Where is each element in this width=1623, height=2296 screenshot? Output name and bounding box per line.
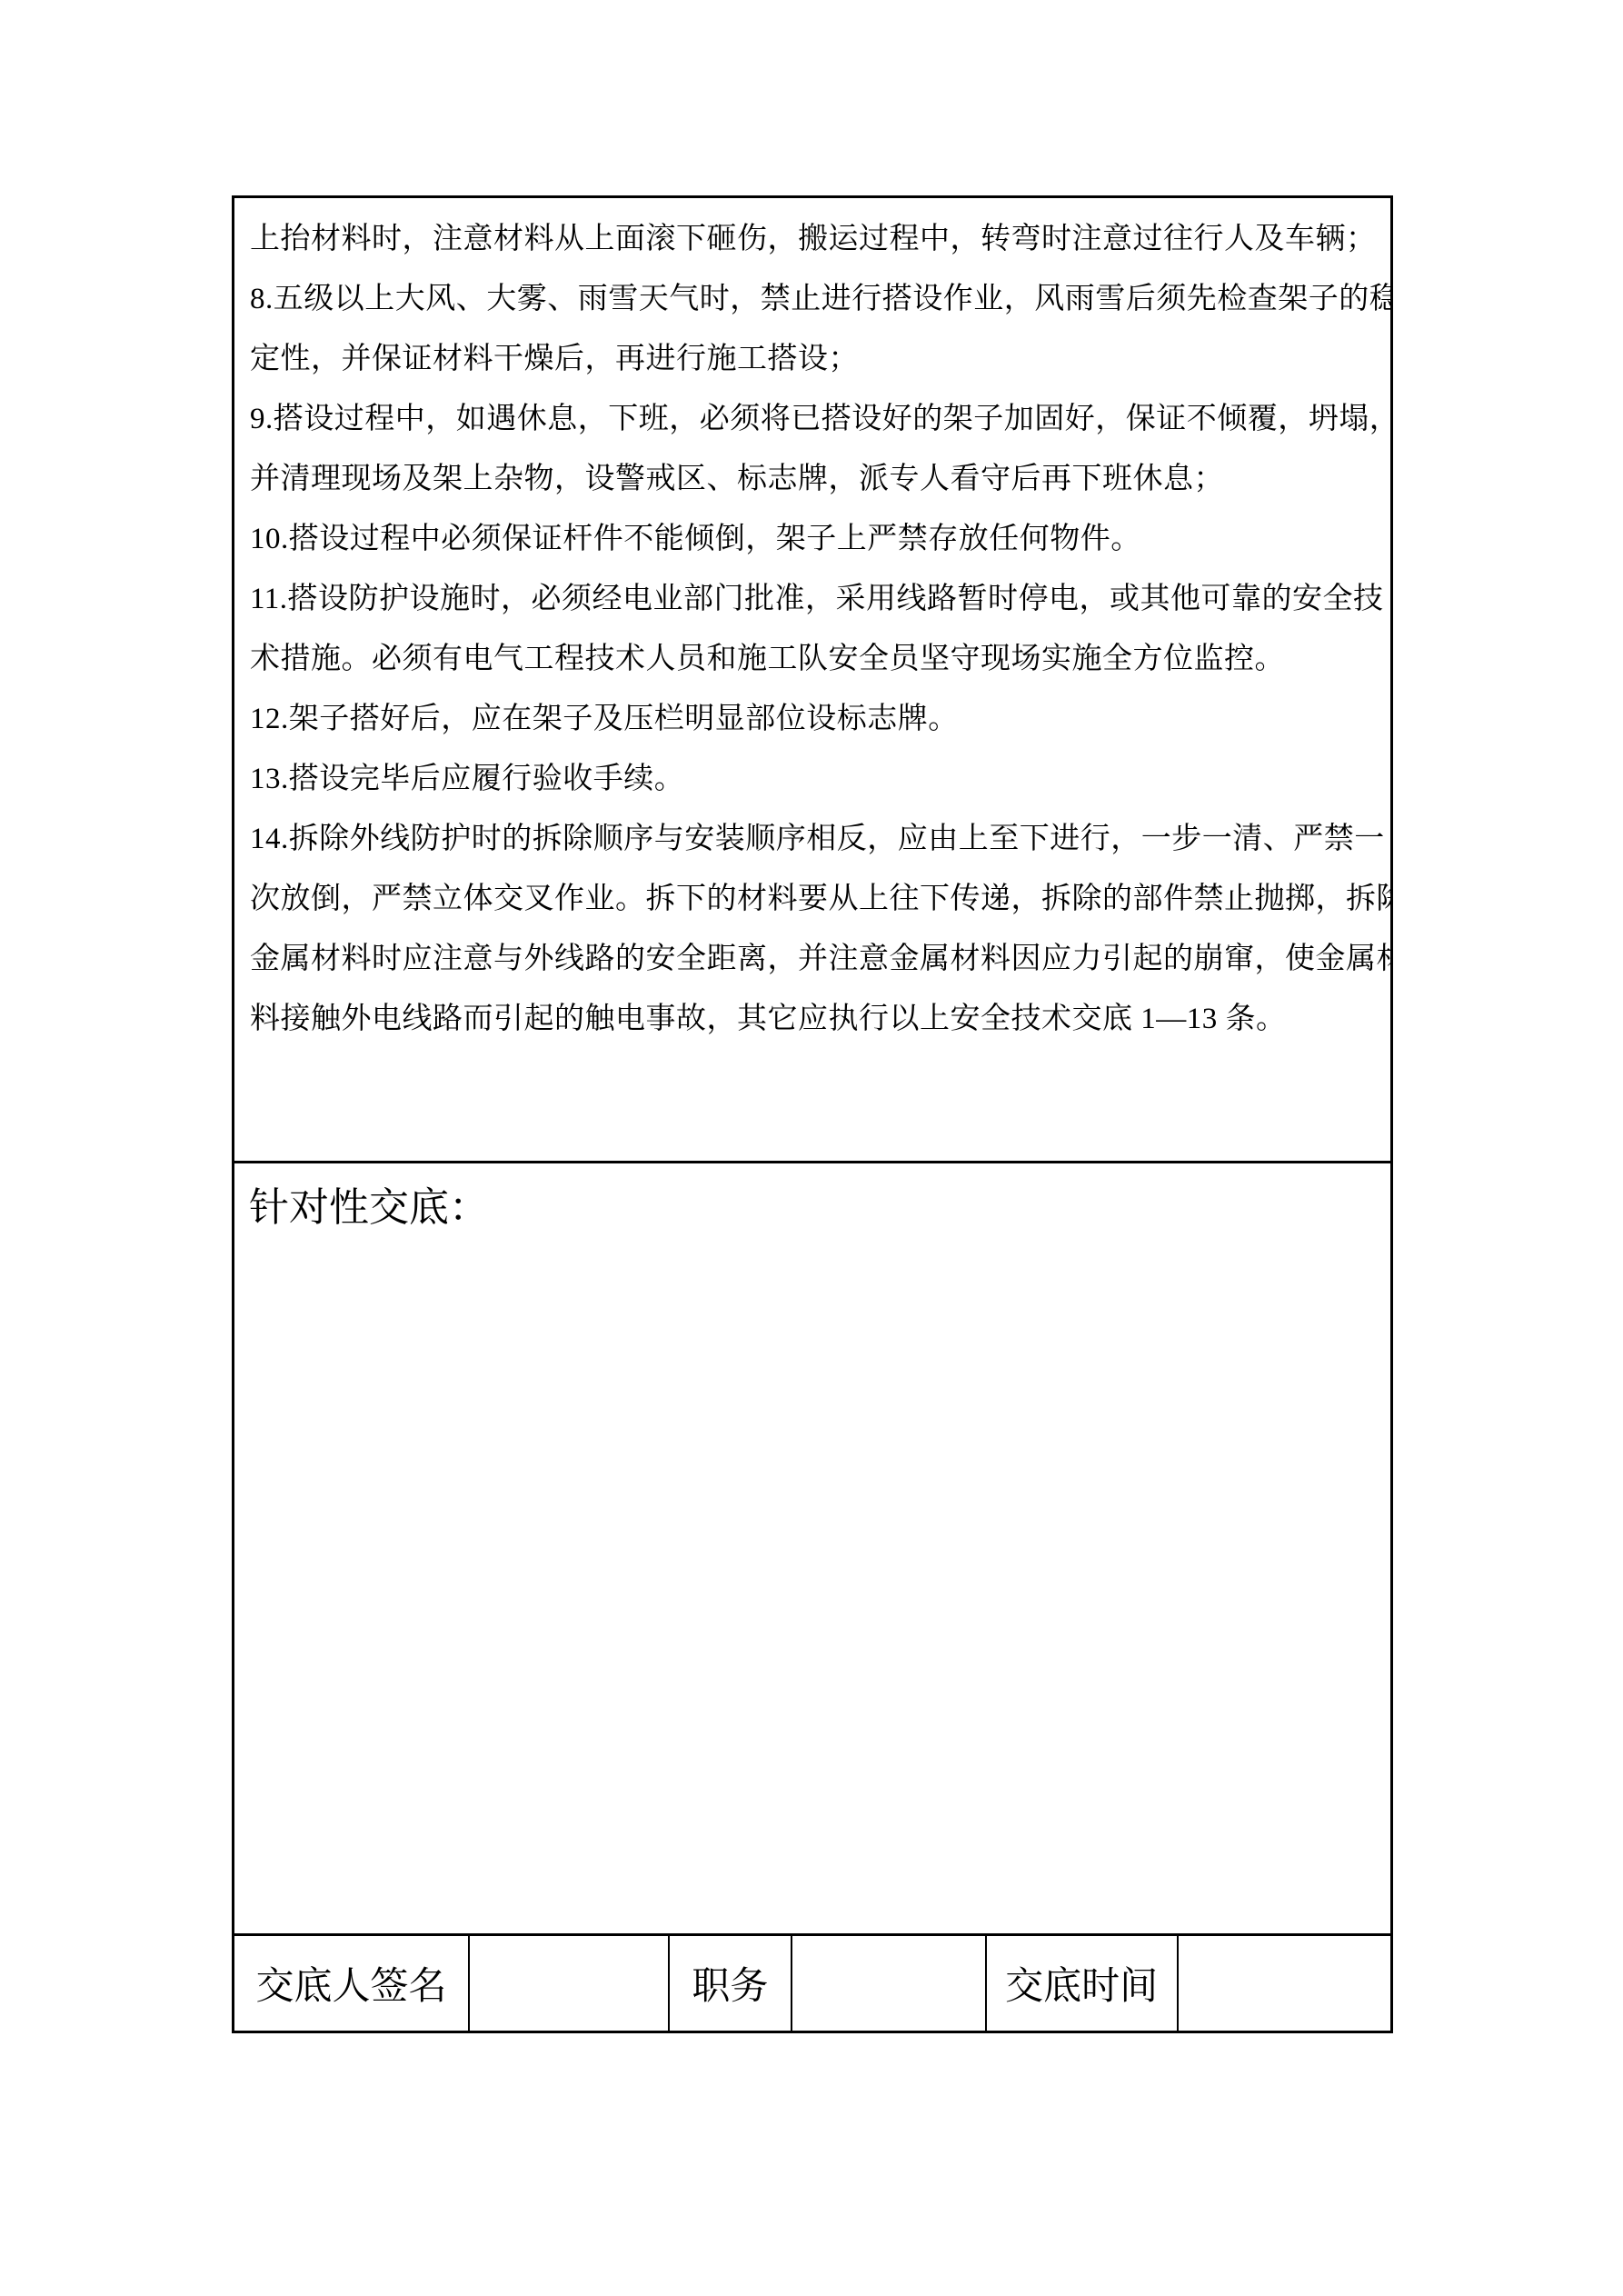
position-label: 职务 [668,1936,791,2031]
discloser-signature-value-cell [468,1936,668,2031]
targeted-disclosure-label: 针对性交底： [249,1180,1376,1236]
clause-line: 上抬材料时，注意材料从上面滚下砸伤，搬运过程中，转弯时注意过往行人及车辆； [250,209,1376,269]
clause-line: 13.搭设完毕后应履行验收手续。 [250,749,1376,809]
clause-line: 定性，并保证材料干燥后，再进行施工搭设； [250,329,1376,389]
general-clauses-section: 上抬材料时，注意材料从上面滚下砸伤，搬运过程中，转弯时注意过往行人及车辆； 8.… [234,198,1390,1163]
clause-line: 8.五级以上大风、大雾、雨雪天气时，禁止进行搭设作业，风雨雪后须先检查架子的稳 [250,269,1376,329]
position-value-cell [791,1936,985,2031]
clause-line: 14.拆除外线防护时的拆除顺序与安装顺序相反，应由上至下进行，一步一清、严禁一 [250,809,1376,869]
clause-line: 并清理现场及架上杂物，设警戒区、标志牌，派专人看守后再下班休息； [250,449,1376,509]
clause-line: 10.搭设过程中必须保证杆件不能倾倒，架子上严禁存放任何物件。 [250,509,1376,569]
disclosure-time-value-cell [1177,1936,1390,2031]
clause-line: 9.搭设过程中，如遇休息，下班，必须将已搭设好的架子加固好，保证不倾覆，坍塌， [250,389,1376,449]
clause-line: 金属材料时应注意与外线路的安全距离，并注意金属材料因应力引起的崩窜，使金属材 [250,929,1376,989]
signature-table-row: 交底人签名 职务 交底时间 [234,1936,1390,2031]
discloser-signature-label: 交底人签名 [234,1936,468,2031]
targeted-disclosure-section: 针对性交底： [234,1163,1390,1936]
clause-line: 12.架子搭好后，应在架子及压栏明显部位设标志牌。 [250,689,1376,749]
clause-line: 次放倒，严禁立体交叉作业。拆下的材料要从上往下传递，拆除的部件禁止抛掷，拆除 [250,869,1376,929]
disclosure-time-label: 交底时间 [985,1936,1177,2031]
safety-disclosure-form: 上抬材料时，注意材料从上面滚下砸伤，搬运过程中，转弯时注意过往行人及车辆； 8.… [232,195,1393,2033]
clause-line: 料接触外电线路而引起的触电事故，其它应执行以上安全技术交底 1—13 条。 [250,989,1376,1049]
clause-line: 11.搭设防护设施时，必须经电业部门批准，采用线路暂时停电，或其他可靠的安全技 [250,569,1376,629]
clause-line: 术措施。必须有电气工程技术人员和施工队安全员坚守现场实施全方位监控。 [250,629,1376,689]
